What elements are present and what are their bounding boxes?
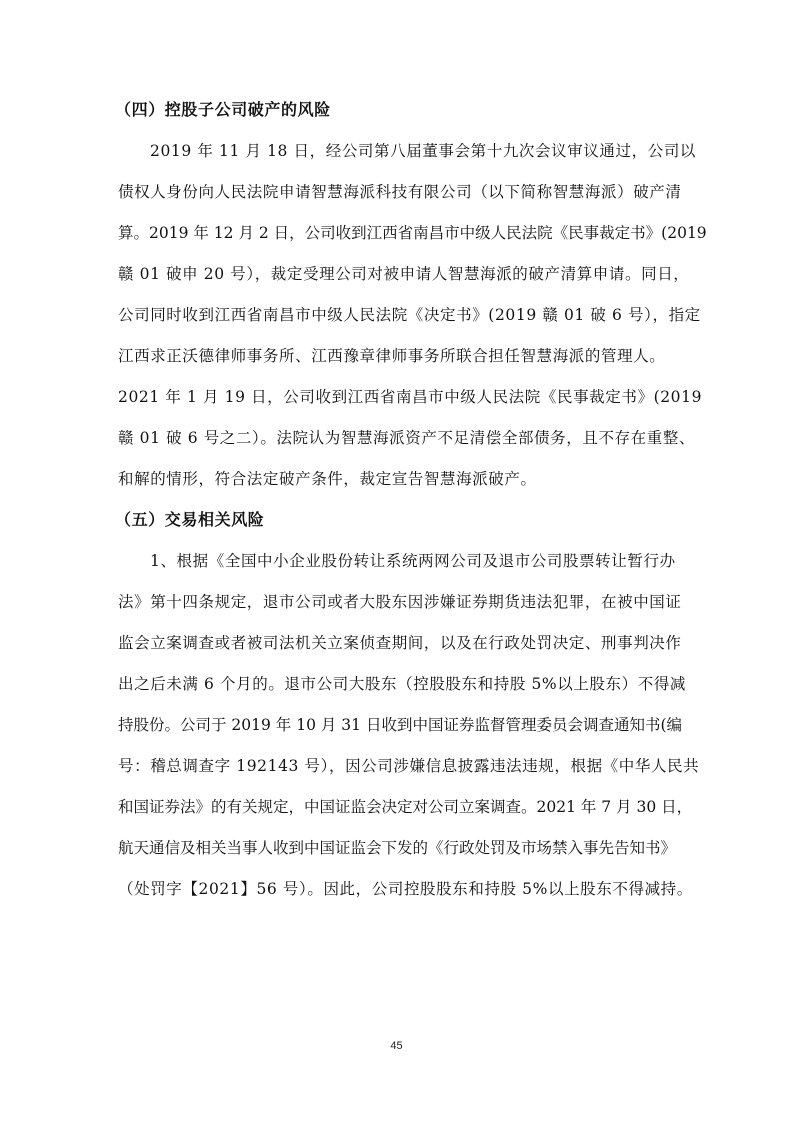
item-1-line: 法》第十四条规定，退市公司或者大股东因涉嫌证券期货违法犯罪，在被中国证 xyxy=(118,592,678,612)
section-4-heading: （四）控股子公司破产的风险 xyxy=(115,100,675,120)
item-1-line: 出之后未满 6 个月的。退市公司大股东（控股股东和持股 5%以上股东）不得减 xyxy=(118,674,678,694)
item-1-line: 监会立案调查或者被司法机关立案侦查期间，以及在行政处罚决定、刑事判决作 xyxy=(118,633,678,653)
item-1-line: （处罚字【2021】56 号）。因此，公司控股股东和持股 5%以上股东不得减持。 xyxy=(118,879,678,899)
item-1-line: 和国证券法》的有关规定，中国证监会决定对公司立案调查。2021 年 7 月 30… xyxy=(118,797,678,817)
paragraph-line: 赣 01 破 6 号之二）。法院认为智慧海派资产不足清偿全部债务，且不存在重整、 xyxy=(118,428,678,448)
document-page: （四）控股子公司破产的风险 2019 年 11 月 18 日，经公司第八届董事会… xyxy=(0,0,793,1122)
paragraph-line: 江西求正沃德律师事务所、江西豫章律师事务所联合担任智慧海派的管理人。 xyxy=(118,346,678,366)
paragraph-line: 债权人身份向人民法院申请智慧海派科技有限公司（以下简称智慧海派）破产清 xyxy=(118,182,678,202)
section-5-heading: （五）交易相关风险 xyxy=(115,510,675,530)
paragraph-line: 公司同时收到江西省南昌市中级人民法院《决定书》(2019 赣 01 破 6 号）… xyxy=(118,305,678,325)
paragraph-line: 2021 年 1 月 19 日，公司收到江西省南昌市中级人民法院《民事裁定书》(… xyxy=(118,387,678,407)
item-1-line: 号：稽总调查字 192143 号），因公司涉嫌信息披露违法违规，根据《中华人民共 xyxy=(118,756,678,776)
paragraph-line: 和解的情形，符合法定破产条件，裁定宣告智慧海派破产。 xyxy=(118,469,678,489)
item-1-line: 航天通信及相关当事人收到中国证监会下发的《行政处罚及市场禁入事先告知书》 xyxy=(118,838,678,858)
page-number: 45 xyxy=(0,1040,793,1052)
item-1-line: 1、根据《全国中小企业股份转让系统两网公司及退市公司股票转让暂行办 xyxy=(150,551,710,571)
item-1-line: 持股份。公司于 2019 年 10 月 31 日收到中国证券监督管理委员会调查通… xyxy=(118,715,678,735)
paragraph-line: 算。2019 年 12 月 2 日，公司收到江西省南昌市中级人民法院《民事裁定书… xyxy=(118,223,678,243)
paragraph-line: 赣 01 破申 20 号），裁定受理公司对被申请人智慧海派的破产清算申请。同日， xyxy=(118,264,678,284)
paragraph-line: 2019 年 11 月 18 日，经公司第八届董事会第十九次会议审议通过，公司以 xyxy=(150,141,710,161)
